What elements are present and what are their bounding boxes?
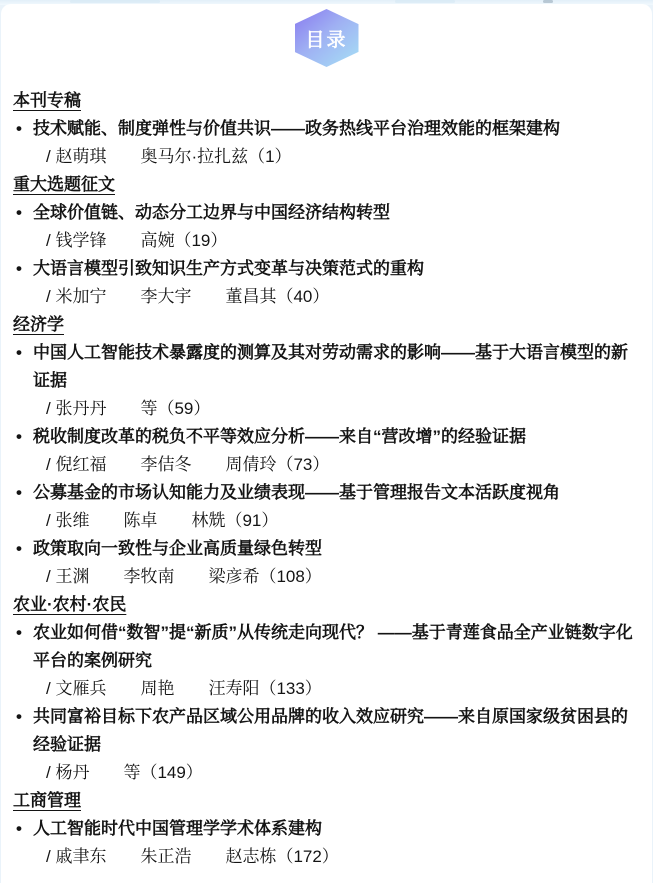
toc-badge-label: 目录 [305, 25, 347, 52]
page-edge-artifact [395, 0, 455, 3]
bullet-icon: • [16, 423, 22, 451]
toc-page-card: 目录 本刊专稿•技术赋能、制度弹性与价值共识——政务热线平台治理效能的框架建构/… [1, 4, 652, 883]
bullet-icon: • [16, 479, 22, 507]
article-authors: / 张丹丹 等（59） [13, 395, 640, 423]
article-title: 共同富裕目标下农产品区域公用品牌的收入效应研究——来自原国家级贫困县的经验证据 [33, 707, 628, 754]
article-item: •全球价值链、动态分工边界与中国经济结构转型 [13, 199, 640, 227]
article-authors: / 赵萌琪 奥马尔·拉扎兹（1） [13, 143, 640, 171]
page-edge-artifact [543, 0, 553, 3]
article-authors: / 文雁兵 周艳 汪寿阳（133） [13, 675, 640, 703]
page-edge-artifact [70, 0, 160, 3]
article-item: •农业如何借“数智”提“新质”从传统走向现代？ ——基于青莲食品全产业链数字化平… [13, 619, 640, 675]
bullet-icon: • [16, 199, 22, 227]
article-title: 税收制度改革的税负不平等效应分析——来自“营改增”的经验证据 [33, 427, 526, 446]
article-item: •技术赋能、制度弹性与价值共识——政务热线平台治理效能的框架建构 [13, 115, 640, 143]
section-heading: 农业·农村·农民 [13, 591, 640, 619]
article-authors: / 米加宁 李大宇 董昌其（40） [13, 283, 640, 311]
article-item: •共同富裕目标下农产品区域公用品牌的收入效应研究——来自原国家级贫困县的经验证据 [13, 703, 640, 759]
article-item: •公募基金的市场认知能力及业绩表现——基于管理报告文本活跃度视角 [13, 479, 640, 507]
article-authors: / 杨丹 等（149） [13, 759, 640, 787]
bullet-icon: • [16, 815, 22, 843]
section-heading: 本刊专稿 [13, 87, 640, 115]
article-authors: / 张维 陈卓 林兟（91） [13, 507, 640, 535]
article-item: •大语言模型引致知识生产方式变革与决策范式的重构 [13, 255, 640, 283]
article-item: •人工智能时代中国管理学学术体系建构 [13, 815, 640, 843]
bullet-icon: • [16, 619, 22, 647]
article-title: 人工智能时代中国管理学学术体系建构 [33, 819, 322, 838]
bullet-icon: • [16, 115, 22, 143]
bullet-icon: • [16, 339, 22, 367]
article-authors: / 戚聿东 朱正浩 赵志栋（172） [13, 843, 640, 871]
section-heading: 经济学 [13, 311, 640, 339]
article-title: 大语言模型引致知识生产方式变革与决策范式的重构 [33, 259, 424, 278]
article-item: •中国人工智能技术暴露度的测算及其对劳动需求的影响——基于大语言模型的新证据 [13, 339, 640, 395]
article-title: 公募基金的市场认知能力及业绩表现——基于管理报告文本活跃度视角 [33, 483, 560, 502]
article-item: •政策取向一致性与企业高质量绿色转型 [13, 535, 640, 563]
article-authors: / 钱学锋 高婉（19） [13, 227, 640, 255]
article-title: 农业如何借“数智”提“新质”从传统走向现代？ ——基于青莲食品全产业链数字化平台… [33, 623, 633, 670]
section-heading: 重大选题征文 [13, 171, 640, 199]
article-authors: / 倪红福 李佶冬 周倩玲（73） [13, 451, 640, 479]
toc-badge-wrap: 目录 [1, 4, 652, 67]
bullet-icon: • [16, 703, 22, 731]
toc-list: 本刊专稿•技术赋能、制度弹性与价值共识——政务热线平台治理效能的框架建构/ 赵萌… [1, 67, 652, 871]
bullet-icon: • [16, 535, 22, 563]
bullet-icon: • [16, 255, 22, 283]
article-title: 政策取向一致性与企业高质量绿色转型 [33, 539, 322, 558]
article-item: •税收制度改革的税负不平等效应分析——来自“营改增”的经验证据 [13, 423, 640, 451]
hexagon-badge: 目录 [295, 9, 359, 67]
article-authors: / 王渊 李牧南 梁彦希（108） [13, 563, 640, 591]
article-title: 中国人工智能技术暴露度的测算及其对劳动需求的影响——基于大语言模型的新证据 [33, 343, 628, 390]
section-heading: 工商管理 [13, 787, 640, 815]
article-title: 全球价值链、动态分工边界与中国经济结构转型 [33, 203, 390, 222]
article-title: 技术赋能、制度弹性与价值共识——政务热线平台治理效能的框架建构 [33, 119, 560, 138]
